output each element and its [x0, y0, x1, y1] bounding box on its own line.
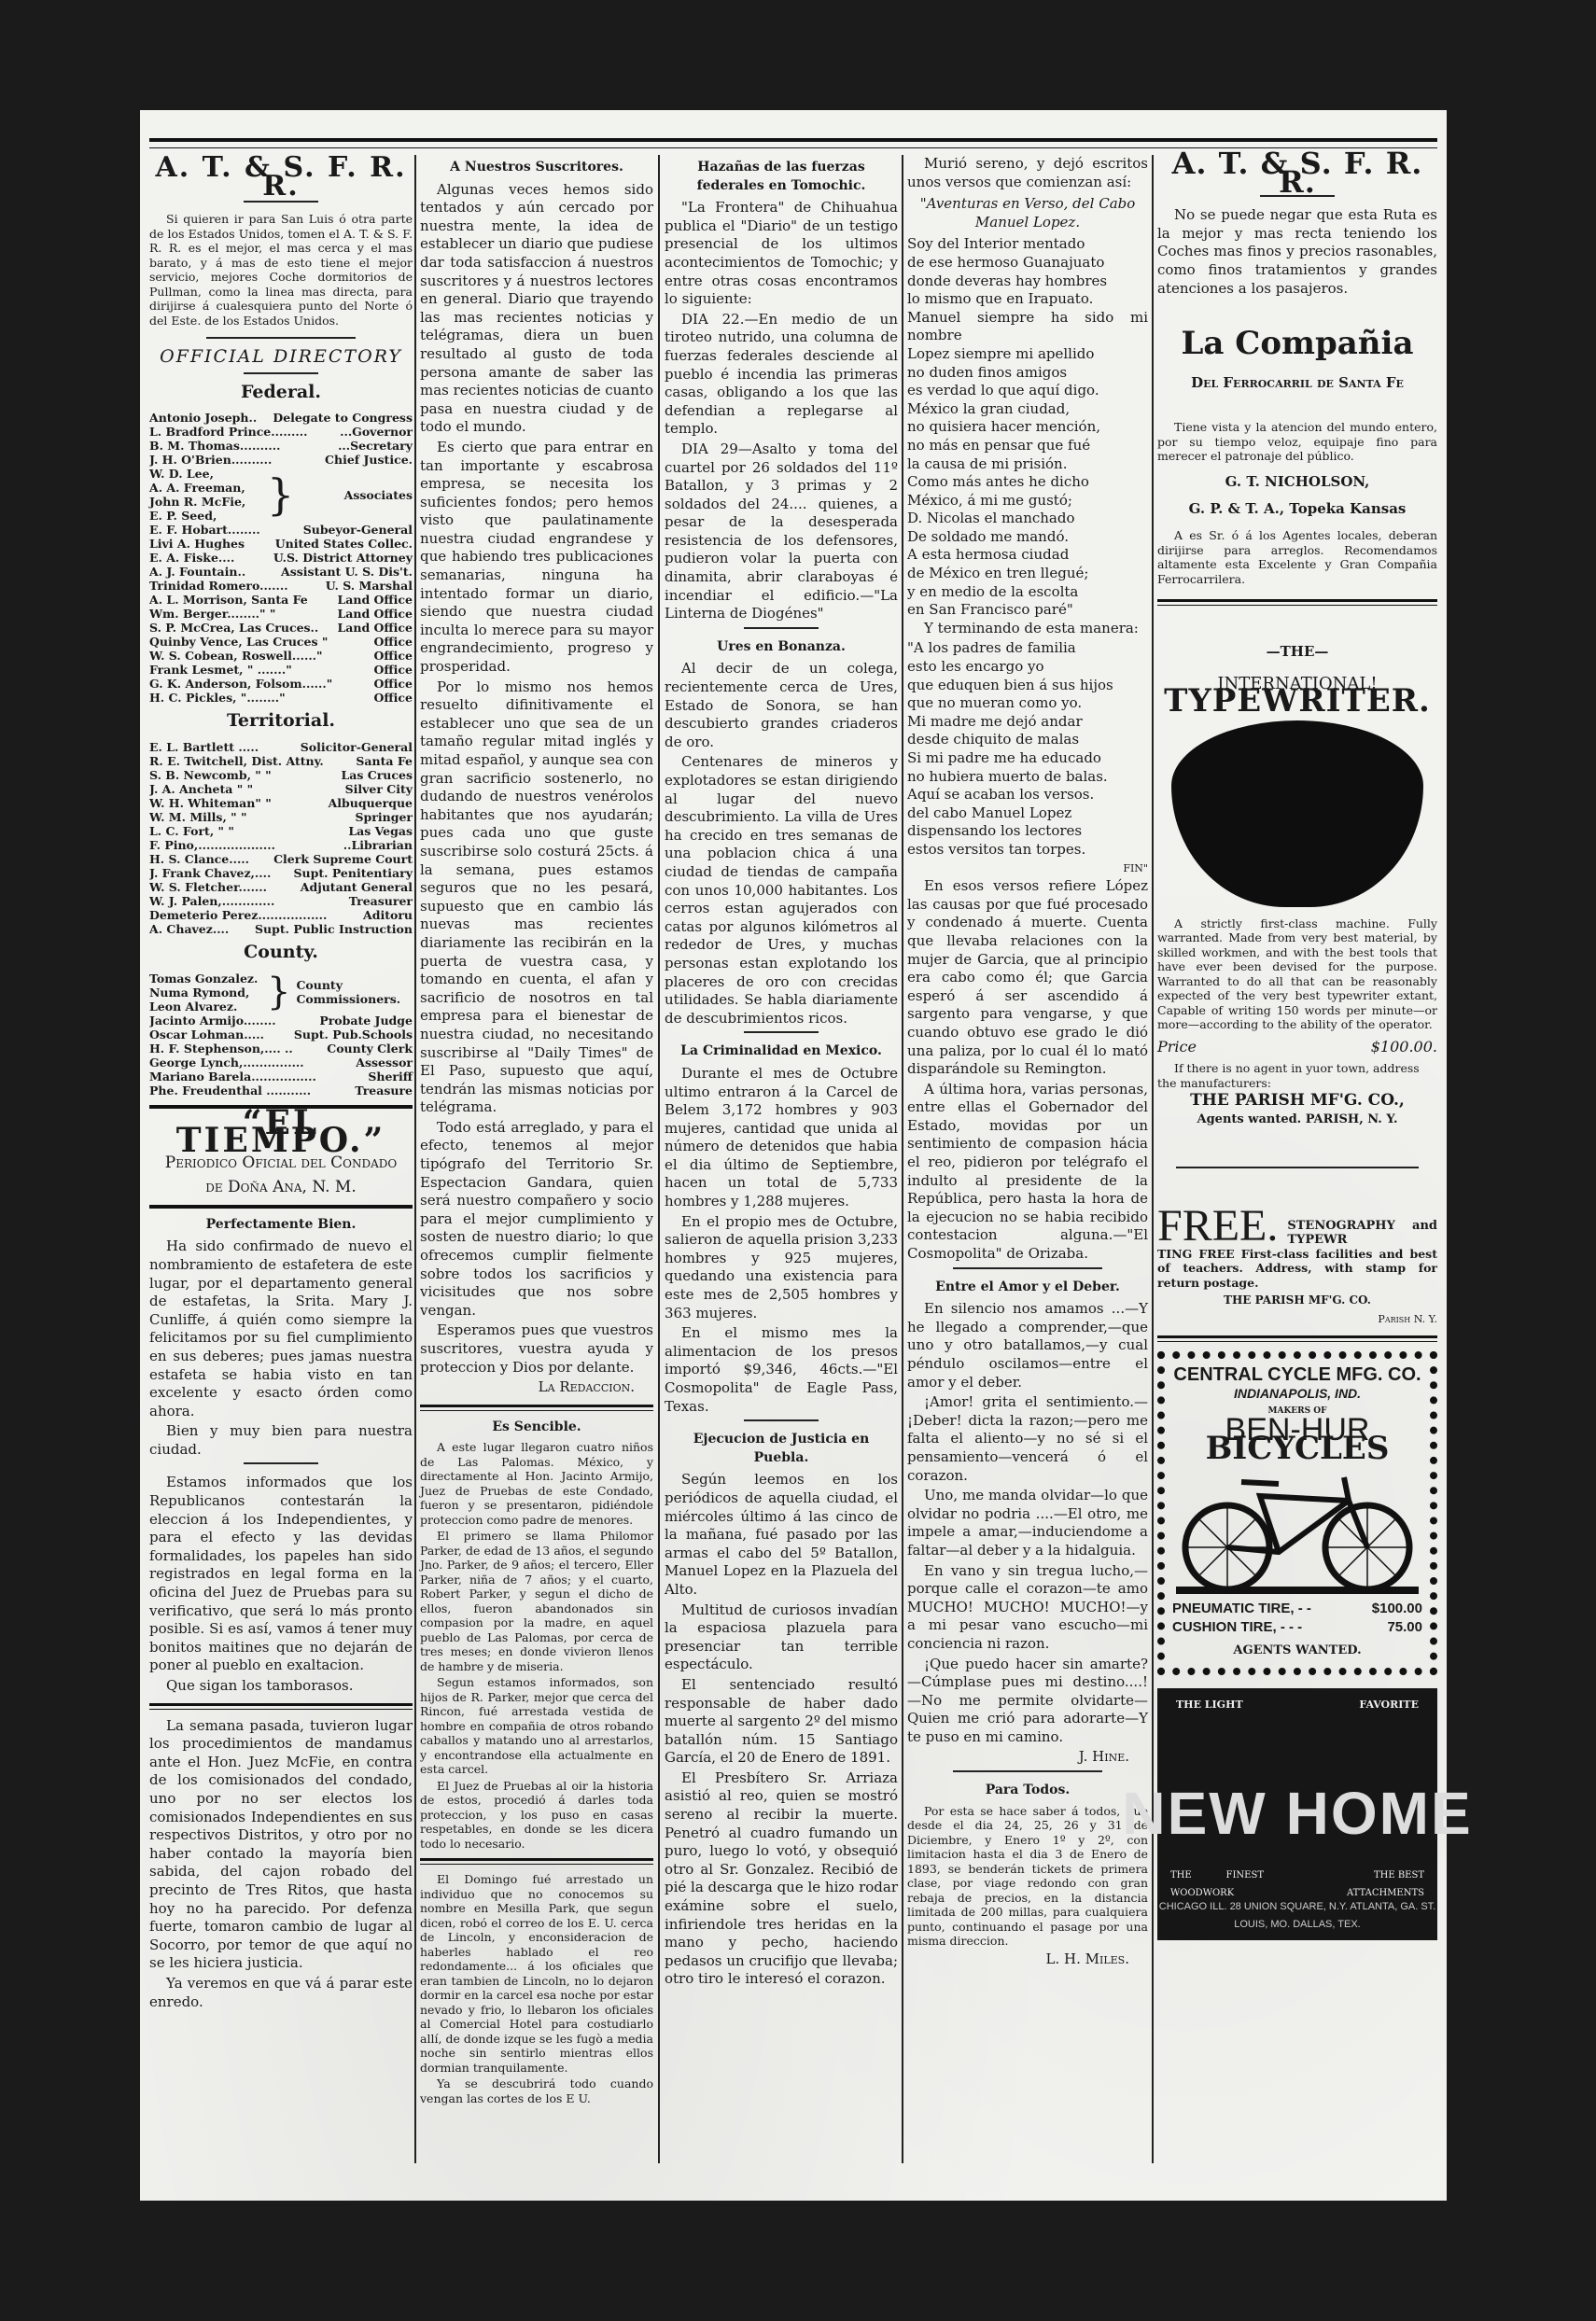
masthead-subtitle: de Doña Ana, N. M. [149, 1175, 413, 1199]
official-name: G. K. Anderson, Folsom......" [149, 677, 332, 691]
official-name: Wm. Berger........" " [149, 607, 275, 621]
typewriter-the: —THE— [1157, 643, 1437, 662]
verse-line: lo mismo que en Irapuato. [907, 290, 1148, 309]
official-name: H. F. Stephenson,.... .. [149, 1042, 293, 1056]
directory-row: Frank Lesmet, " ......."Office [149, 663, 413, 677]
bicycle-illustration [1176, 1463, 1419, 1594]
directory-row: L. C. Fort, " "Las Vegas [149, 824, 413, 838]
agent-title: G. P. & T. A., Topeka Kansas [1157, 500, 1437, 519]
official-name: E. F. Hobart........ [149, 523, 260, 537]
directory-row: J. A. Ancheta " "Silver City [149, 782, 413, 796]
verse-line: no hubiera muerto de balas. [907, 768, 1148, 787]
article-paragraph: "La Frontera" de Chihuahua publica el "D… [665, 199, 898, 309]
price-value: 75.00 [1387, 1618, 1422, 1637]
newhome-address: CHICAGO ILL. 28 UNION SQUARE, N.Y. ATLAN… [1157, 1898, 1437, 1935]
official-office: U. S. Marshal [326, 579, 413, 593]
article-paragraph: A este lugar llegaron cuatro niños de La… [420, 1440, 653, 1527]
directory-row: R. E. Twitchell, Dist. Attny.Santa Fe [149, 754, 413, 768]
company-subtitle: Del Ferrocarril de Santa Fe [1157, 374, 1437, 393]
agent-name: G. T. NICHOLSON, [1157, 473, 1437, 492]
ad-text: Tiene vista y la atencion del mundo ente… [1157, 420, 1437, 464]
directory-row: W. S. Cobean, Roswell......"Office [149, 649, 413, 663]
official-office: Aditoru [363, 908, 413, 922]
directory-row: S. B. Newcomb, " "Las Cruces [149, 768, 413, 782]
directory-row: G. K. Anderson, Folsom......"Office [149, 677, 413, 691]
article-paragraph: En el propio mes de Octubre, salieron de… [665, 1213, 898, 1323]
verse-line: Mi madre me dejó andar [907, 713, 1148, 732]
commissioners-label: County Commissioners. [296, 978, 413, 1006]
official-office: Santa Fe [356, 754, 413, 768]
official-office: Assistant U. S. Dis't. [281, 565, 413, 579]
verse-line: no más en pensar que fué [907, 437, 1148, 455]
article-paragraph: El Presbítero Sr. Arriaza asistió al reo… [665, 1769, 898, 1989]
price-row: CUSHION TIRE, - - -75.00 [1172, 1618, 1422, 1637]
article-paragraph: Todo está arreglado, y para el efecto, t… [420, 1119, 653, 1321]
article-paragraph: Por lo mismo nos hemos resuelto difiniti… [420, 678, 653, 1117]
verse-line: Lopez siempre mi apellido [907, 345, 1148, 364]
article-paragraph: En esos versos refiere López las causas … [907, 877, 1148, 1079]
free-ad: FREE. STENOGRAPHY and TYPEWR TING FREE F… [1157, 1206, 1437, 1329]
official-name: Jacinto Armijo........ [149, 1014, 276, 1028]
associate-names: W. D. Lee,A. A. Freeman,John R. McFie,E.… [149, 467, 261, 523]
associate-name: E. P. Seed, [149, 509, 261, 523]
divider [953, 1267, 1102, 1269]
article-paragraph: Ha sido confirmado de nuevo el nombramie… [149, 1237, 413, 1420]
divider [744, 1031, 819, 1033]
directory-row: W. S. Fletcher.......Adjutant General [149, 880, 413, 894]
typewriter-illustration [1171, 720, 1423, 907]
official-name: L. Bradford Prince......... [149, 425, 307, 439]
verse-line: México, á mi me gustó; [907, 492, 1148, 510]
verse-line: México la gran ciudad, [907, 400, 1148, 419]
official-office: Las Cruces [341, 768, 413, 782]
directory-row: Antonio Joseph..Delegate to Congress [149, 411, 413, 425]
article-paragraph: Y terminando de esta manera: [907, 620, 1148, 638]
verse-line: de México en tren llegué; [907, 565, 1148, 583]
article-paragraph: Algunas veces hemos sido tentados y aún … [420, 181, 653, 437]
newspaper-page: A. T. & S. F. R. R. Si quieren ir para S… [140, 110, 1447, 2201]
federal-heading: Federal. [149, 384, 413, 402]
associate-name: A. A. Freeman, [149, 481, 261, 495]
divider [420, 1405, 653, 1411]
federal-directory: Antonio Joseph..Delegate to CongressL. B… [149, 411, 413, 467]
brace: } [267, 986, 290, 1000]
divider [1157, 599, 1437, 606]
divider [744, 1419, 819, 1421]
cycle-agents: AGENTS WANTED. [1172, 1642, 1422, 1660]
official-name: Trinidad Romero....... [149, 579, 288, 593]
article-paragraph: Ya se descubrirá todo cuando vengan las … [420, 2076, 653, 2105]
official-name: J. A. Ancheta " " [149, 782, 253, 796]
railroad-ad-text: Si quieren ir para San Luis ó otra parte… [149, 212, 413, 328]
typewriter-title: TYPEWRITER. [1157, 692, 1437, 711]
county-heading: County. [149, 944, 413, 962]
official-name: E. L. Bartlett ..... [149, 740, 259, 754]
official-office: ..Librarian [343, 838, 413, 852]
article-paragraph: El Juez de Pruebas al oir la historia de… [420, 1779, 653, 1852]
article-paragraph: Estamos informados que los Republicanos … [149, 1474, 413, 1675]
directory-row: W. M. Mills, " "Springer [149, 810, 413, 824]
official-name: S. P. McCrea, Las Cruces.. [149, 621, 318, 635]
official-name: R. E. Twitchell, Dist. Attny. [149, 754, 324, 768]
official-name: W. M. Mills, " " [149, 810, 247, 824]
directory-row: B. M. Thomas.............Secretary [149, 439, 413, 453]
column-4: Murió sereno, y dejó escritos unos verso… [907, 155, 1148, 1968]
verse-end: FIN" [907, 860, 1148, 878]
verse-line: no quisiera hacer mención, [907, 418, 1148, 437]
newhome-top-right: FAVORITE [1359, 1696, 1419, 1714]
official-name: F. Pino,................... [149, 838, 275, 852]
column-2: A Nuestros Suscritores. Algunas veces he… [420, 155, 653, 2107]
article-paragraph: El sentenciado resultó responsable de ha… [665, 1676, 898, 1768]
article-paragraph: En vano y sin tregua lucho,—porque calle… [907, 1562, 1148, 1654]
manufacturer-name: THE PARISH MF'G. CO., [1157, 1092, 1437, 1111]
directory-row: L. Bradford Prince............Governor [149, 425, 413, 439]
article-paragraph: Esperamos pues que vuestros suscritores,… [420, 1321, 653, 1377]
verse-line: es verdad lo que aquí digo. [907, 382, 1148, 400]
divider [244, 372, 318, 374]
directory-row: F. Pino,.....................Librarian [149, 838, 413, 852]
official-name: S. B. Newcomb, " " [149, 768, 272, 782]
article-heading: Para Todos. [907, 1782, 1148, 1800]
article-paragraph: La semana pasada, tuvieron lugar los pro… [149, 1717, 413, 1973]
territorial-heading: Territorial. [149, 712, 413, 731]
commissioner-name: Leon Alvarez. [149, 1000, 261, 1014]
official-name: B. M. Thomas.......... [149, 439, 280, 453]
article-paragraph: Bien y muy bien para nuestra ciudad. [149, 1422, 413, 1459]
official-office: Las Vegas [348, 824, 413, 838]
associates-label: Associates [300, 488, 413, 502]
verse-line: Si mi padre me ha educado [907, 749, 1148, 768]
price-label: CUSHION TIRE, - - - [1172, 1618, 1302, 1637]
official-office: Treasurer [349, 894, 413, 908]
cycle-bicycles: BICYCLES [1172, 1440, 1422, 1459]
associate-name: John R. McFie, [149, 495, 261, 509]
official-name: George Lynch,............... [149, 1056, 304, 1070]
price-row: PNEUMATIC TIRE, - -$100.00 [1172, 1600, 1422, 1618]
official-office: Land Office [337, 621, 413, 635]
article-heading: Es Sencible. [420, 1419, 653, 1437]
official-name: W. H. Whiteman" " [149, 796, 272, 810]
cycle-city: INDIANAPOLIS, IND. [1172, 1385, 1422, 1404]
verse-line: Soy del Interior mentado [907, 235, 1148, 254]
official-name: Frank Lesmet, " ......." [149, 663, 292, 677]
typewriter-text: A strictly first-class machine. Fully wa… [1157, 916, 1437, 1032]
article-heading: Hazañas de las fuerzas federales en Tomo… [665, 159, 898, 195]
official-office: U.S. District Attorney [273, 551, 413, 565]
official-office: Assessor [356, 1056, 413, 1070]
official-name: A. L. Morrison, Santa Fe [149, 593, 308, 607]
commissioners-group: Tomas Gonzalez.Numa Rymond,Leon Alvarez.… [149, 972, 413, 1014]
masthead: “EL TIEMPO.” Periodico Oficial del Conda… [149, 1105, 413, 1209]
article-heading: Perfectamente Bien. [149, 1216, 413, 1235]
directory-row: Oscar Lohman.....Supt. Pub.Schools [149, 1028, 413, 1042]
article-heading: Ures en Bonanza. [665, 638, 898, 657]
article-paragraph: Ya veremos en que vá á parar este enredo… [149, 1975, 413, 2011]
official-office: ...Secretary [338, 439, 413, 453]
masthead-title: “EL TIEMPO.” [149, 1114, 413, 1151]
official-office: Supt. Penitentiary [294, 866, 413, 880]
price-label: Price [1157, 1038, 1197, 1056]
official-office: Chief Justice. [325, 453, 413, 467]
official-office: Supt. Public Instruction [255, 922, 413, 936]
column-5: A. T. & S. F. R. R. No se puede negar qu… [1157, 155, 1437, 1940]
verse-line: Manuel siempre ha sido mi nombre [907, 309, 1148, 345]
official-name: H. C. Pickles, "........" [149, 691, 286, 705]
county-directory: Jacinto Armijo........Probate JudgeOscar… [149, 1014, 413, 1098]
official-office: Treasure [355, 1084, 413, 1098]
free-company: THE PARISH MF'G. CO. [1157, 1292, 1437, 1310]
price-value: $100.00 [1372, 1600, 1422, 1618]
article-paragraph: DIA 29—Asalto y toma del cuartel por 26 … [665, 440, 898, 623]
official-name: A. J. Fountain.. [149, 565, 245, 579]
directory-row: George Lynch,...............Assessor [149, 1056, 413, 1070]
official-office: Office [374, 677, 413, 691]
official-office: United States Collec. [275, 537, 413, 551]
article-heading: Ejecucion de Justicia en Puebla. [665, 1431, 898, 1467]
directory-row: Phe. Freudenthal ...........Treasure [149, 1084, 413, 1098]
official-office: Office [374, 663, 413, 677]
official-office: Office [374, 691, 413, 705]
official-name: H. S. Clance..... [149, 852, 249, 866]
article-paragraph: Durante el mes de Octubre ultimo entraro… [665, 1065, 898, 1211]
official-name: Mariano Barela................ [149, 1070, 316, 1084]
directory-row: Mariano Barela................Sheriff [149, 1070, 413, 1084]
verse-line: del cabo Manuel Lopez [907, 804, 1148, 823]
article-paragraph: A última hora, varias personas, entre el… [907, 1081, 1148, 1264]
verse-line: en San Francisco paré" [907, 601, 1148, 620]
article-paragraph: DIA 22.—En medio de un tiroteo nutrido, … [665, 311, 898, 439]
bicycle-ad: CENTRAL CYCLE MFG. CO. INDIANAPOLIS, IND… [1157, 1351, 1437, 1675]
divider [744, 627, 819, 629]
cycle-prices: PNEUMATIC TIRE, - -$100.00CUSHION TIRE, … [1172, 1600, 1422, 1636]
official-office: Silver City [345, 782, 413, 796]
official-name: E. A. Fiske.... [149, 551, 234, 565]
masthead-subtitle: Periodico Oficial del Condado [149, 1151, 413, 1175]
manufacturer-address: Agents wanted. PARISH, N. Y. [1157, 1111, 1437, 1129]
official-office: Office [374, 649, 413, 663]
official-office: Land Office [337, 607, 413, 621]
article-paragraph: ¡Que puedo hacer sin amarte? —Cúmplase p… [907, 1656, 1148, 1747]
verse-line: Aquí se acaban los versos. [907, 786, 1148, 804]
article-paragraph: Es cierto que para entrar en tan importa… [420, 439, 653, 677]
railroad-ad-title: A. T. & S. F. R. R. [149, 159, 413, 195]
verse-line: desde chiquito de malas [907, 731, 1148, 749]
column-3: Hazañas de las fuerzas federales en Tomo… [665, 155, 898, 1991]
typewriter-ad: —THE— INTERNATIONAL! TYPEWRITER. A stric… [1157, 643, 1437, 1129]
verse-line: y en medio de la escolta [907, 583, 1148, 602]
typewriter-price: Price $100.00. [1157, 1038, 1437, 1056]
official-office: Albuquerque [329, 796, 413, 810]
official-name: W. S. Fletcher....... [149, 880, 267, 894]
directory-row: H. F. Stephenson,.... ..County Clerk [149, 1042, 413, 1056]
article-paragraph: El Domingo fué arrestado un individuo qu… [420, 1872, 653, 2075]
official-name: J. H. O'Brien.......... [149, 453, 272, 467]
article-paragraph: El primero se llama Philomor Parker, de … [420, 1529, 653, 1673]
ad-text: If there is no agent in yuor town, addre… [1157, 1061, 1437, 1090]
verse-line: Como más antes he dicho [907, 473, 1148, 492]
official-office: County Clerk [327, 1042, 413, 1056]
directory-row: E. A. Fiske....U.S. District Attorney [149, 551, 413, 565]
free-text: TING FREE First-class facilities and bes… [1157, 1247, 1437, 1291]
article-paragraph: Según leemos en los periódicos de aquell… [665, 1471, 898, 1599]
directory-row: Wm. Berger........" "Land Office [149, 607, 413, 621]
article-paragraph: Segun estamos informados, son hijos de R… [420, 1675, 653, 1777]
article-paragraph: Uno, me manda olvidar—lo que olvidar no … [907, 1487, 1148, 1559]
official-office: Land Office [337, 593, 413, 607]
verse-line: De soldado me mandó. [907, 528, 1148, 547]
directory-row: W. J. Palen,.............Treasurer [149, 894, 413, 908]
brace: } [267, 488, 294, 502]
article-paragraph: En silencio nos amamos ...—Y he llegado … [907, 1300, 1148, 1391]
verse-block: "A los padres de familiaesto les encargo… [907, 639, 1148, 859]
official-name: J. Frank Chavez,.... [149, 866, 271, 880]
article-paragraph: Por esta se hace saber á todos, que desd… [907, 1804, 1148, 1949]
article-paragraph: Centenares de mineros y explotadores se … [665, 753, 898, 1028]
new-home-sewing-ad: THE LIGHT FAVORITE NEW HOME THE FINEST W… [1157, 1688, 1437, 1940]
free-heading: FREE. STENOGRAPHY and TYPEWR [1157, 1206, 1437, 1247]
official-name: Demeterio Perez................. [149, 908, 327, 922]
official-office: Supt. Pub.Schools [294, 1028, 413, 1042]
commissioner-name: Numa Rymond, [149, 986, 261, 1000]
free-big: FREE. [1157, 1206, 1278, 1247]
divider [1176, 1167, 1419, 1168]
official-name: Oscar Lohman..... [149, 1028, 264, 1042]
directory-row: W. H. Whiteman" "Albuquerque [149, 796, 413, 810]
directory-row: H. C. Pickles, "........"Office [149, 691, 413, 705]
signature: La Redaccion. [420, 1378, 635, 1397]
column-divider [1152, 155, 1154, 2163]
verse-line: "A los padres de familia [907, 639, 1148, 658]
official-office: ...Governor [340, 425, 413, 439]
directory-row: J. Frank Chavez,....Supt. Penitentiary [149, 866, 413, 880]
column-1: A. T. & S. F. R. R. Si quieren ir para S… [149, 155, 413, 2013]
divider [953, 1770, 1102, 1772]
free-side: STENOGRAPHY and TYPEWR [1287, 1219, 1437, 1247]
article-heading: A Nuestros Suscritores. [420, 159, 653, 177]
verse-line: de ese hermoso Guanajuato [907, 254, 1148, 273]
article-paragraph: Multitud de curiosos invadían la espacio… [665, 1601, 898, 1674]
divider [149, 1703, 413, 1710]
commissioner-name: Tomas Gonzalez. [149, 972, 261, 986]
verse-line: dispensando los lectores [907, 822, 1148, 841]
federal-directory-continued: E. F. Hobart........Subeyor-GeneralLivi … [149, 523, 413, 705]
verse-line: estos versitos tan torpes. [907, 841, 1148, 860]
verse-line: esto les encargo yo [907, 658, 1148, 677]
directory-row: Livi A. HughesUnited States Collec. [149, 537, 413, 551]
verse-line: A esta hermosa ciudad [907, 546, 1148, 565]
directory-row: Jacinto Armijo........Probate Judge [149, 1014, 413, 1028]
column-divider [902, 155, 903, 2163]
verse-line: que no mueran como yo. [907, 694, 1148, 713]
article-paragraph: Que sigan los tamborasos. [149, 1677, 413, 1696]
official-office: Clerk Supreme Court [273, 852, 413, 866]
directory-row: J. H. O'Brien..........Chief Justice. [149, 453, 413, 467]
directory-title: OFFICIAL DIRECTORY [149, 348, 413, 367]
official-office: Delegate to Congress [273, 411, 413, 425]
verse-line: la causa de mi prisión. [907, 455, 1148, 474]
directory-row: A. J. Fountain..Assistant U. S. Dis't. [149, 565, 413, 579]
article-paragraph: En el mismo mes la alimentacion de los p… [665, 1324, 898, 1416]
verse-line: no duden finos amigos [907, 364, 1148, 383]
official-name: W. J. Palen,............. [149, 894, 274, 908]
newhome-left: NEW [1122, 1805, 1267, 1824]
directory-row: S. P. McCrea, Las Cruces..Land Office [149, 621, 413, 635]
divider [420, 1858, 653, 1865]
directory-row: H. S. Clance.....Clerk Supreme Court [149, 852, 413, 866]
directory-row: A. Chavez....Supt. Public Instruction [149, 922, 413, 936]
official-name: Antonio Joseph.. [149, 411, 257, 425]
signature: J. Hine. [907, 1748, 1129, 1767]
directory-row: Demeterio Perez.................Aditoru [149, 908, 413, 922]
official-name: Quinby Vence, Las Cruces " [149, 635, 328, 649]
free-place: Parish N. Y. [1157, 1310, 1437, 1329]
official-office: Subeyor-General [303, 523, 413, 537]
railroad-ad-text: No se puede negar que esta Ruta es la me… [1157, 206, 1437, 298]
territorial-directory: E. L. Bartlett .....Solicitor-GeneralR. … [149, 740, 413, 936]
article-heading: Entre el Amor y el Deber. [907, 1279, 1148, 1297]
official-name: L. C. Fort, " " [149, 824, 234, 838]
railroad-ad-title: A. T. & S. F. R. R. [1157, 155, 1437, 191]
official-office: Sheriff [368, 1070, 413, 1084]
newhome-right: HOME [1286, 1805, 1473, 1824]
divider [1157, 1335, 1437, 1342]
company-title: La Compañia [1157, 335, 1437, 354]
associate-name: W. D. Lee, [149, 467, 261, 481]
newhome-top-left: THE LIGHT [1176, 1696, 1243, 1714]
article-heading: La Criminalidad en Mexico. [665, 1042, 898, 1061]
article-paragraph: ¡Amor! grita el sentimiento.—¡Deber! dic… [907, 1393, 1148, 1485]
column-divider [658, 155, 660, 2163]
cycle-company: CENTRAL CYCLE MFG. CO. [1172, 1366, 1422, 1385]
column-divider [414, 155, 416, 2163]
official-name: A. Chavez.... [149, 922, 229, 936]
commissioner-names: Tomas Gonzalez.Numa Rymond,Leon Alvarez. [149, 972, 261, 1014]
directory-row: E. L. Bartlett .....Solicitor-General [149, 740, 413, 754]
price-label: PNEUMATIC TIRE, - - [1172, 1600, 1311, 1618]
official-office: Springer [356, 810, 413, 824]
directory-row: E. F. Hobart........Subeyor-General [149, 523, 413, 537]
verse-block: Soy del Interior mentadode ese hermoso G… [907, 235, 1148, 619]
divider [206, 337, 356, 339]
article-paragraph: Murió sereno, y dejó escritos unos verso… [907, 155, 1148, 191]
verse-line: donde deveras hay hombres [907, 273, 1148, 291]
ad-text: A es Sr. ó á los Agentes locales, debera… [1157, 528, 1437, 586]
official-name: Phe. Freudenthal ........... [149, 1084, 311, 1098]
official-name: W. S. Cobean, Roswell......" [149, 649, 323, 663]
article-paragraph: Al decir de un colega, recientemente cer… [665, 660, 898, 751]
official-office: Adjutant General [301, 880, 413, 894]
verse-line: D. Nicolas el manchado [907, 510, 1148, 528]
verse-line: que eduquen bien á sus hijos [907, 677, 1148, 695]
verse-title: "Aventuras en Verso, del Cabo Manuel Lop… [907, 195, 1148, 231]
associates-group: W. D. Lee,A. A. Freeman,John R. McFie,E.… [149, 467, 413, 523]
directory-row: Trinidad Romero.......U. S. Marshal [149, 579, 413, 593]
signature: L. H. Miles. [907, 1950, 1129, 1969]
official-name: Livi A. Hughes [149, 537, 245, 551]
price-value: $100.00. [1371, 1038, 1437, 1056]
official-office: Probate Judge [319, 1014, 413, 1028]
directory-row: A. L. Morrison, Santa FeLand Office [149, 593, 413, 607]
official-office: Solicitor-General [301, 740, 413, 754]
directory-row: Quinby Vence, Las Cruces "Office [149, 635, 413, 649]
divider [244, 1462, 318, 1464]
official-office: Office [374, 635, 413, 649]
